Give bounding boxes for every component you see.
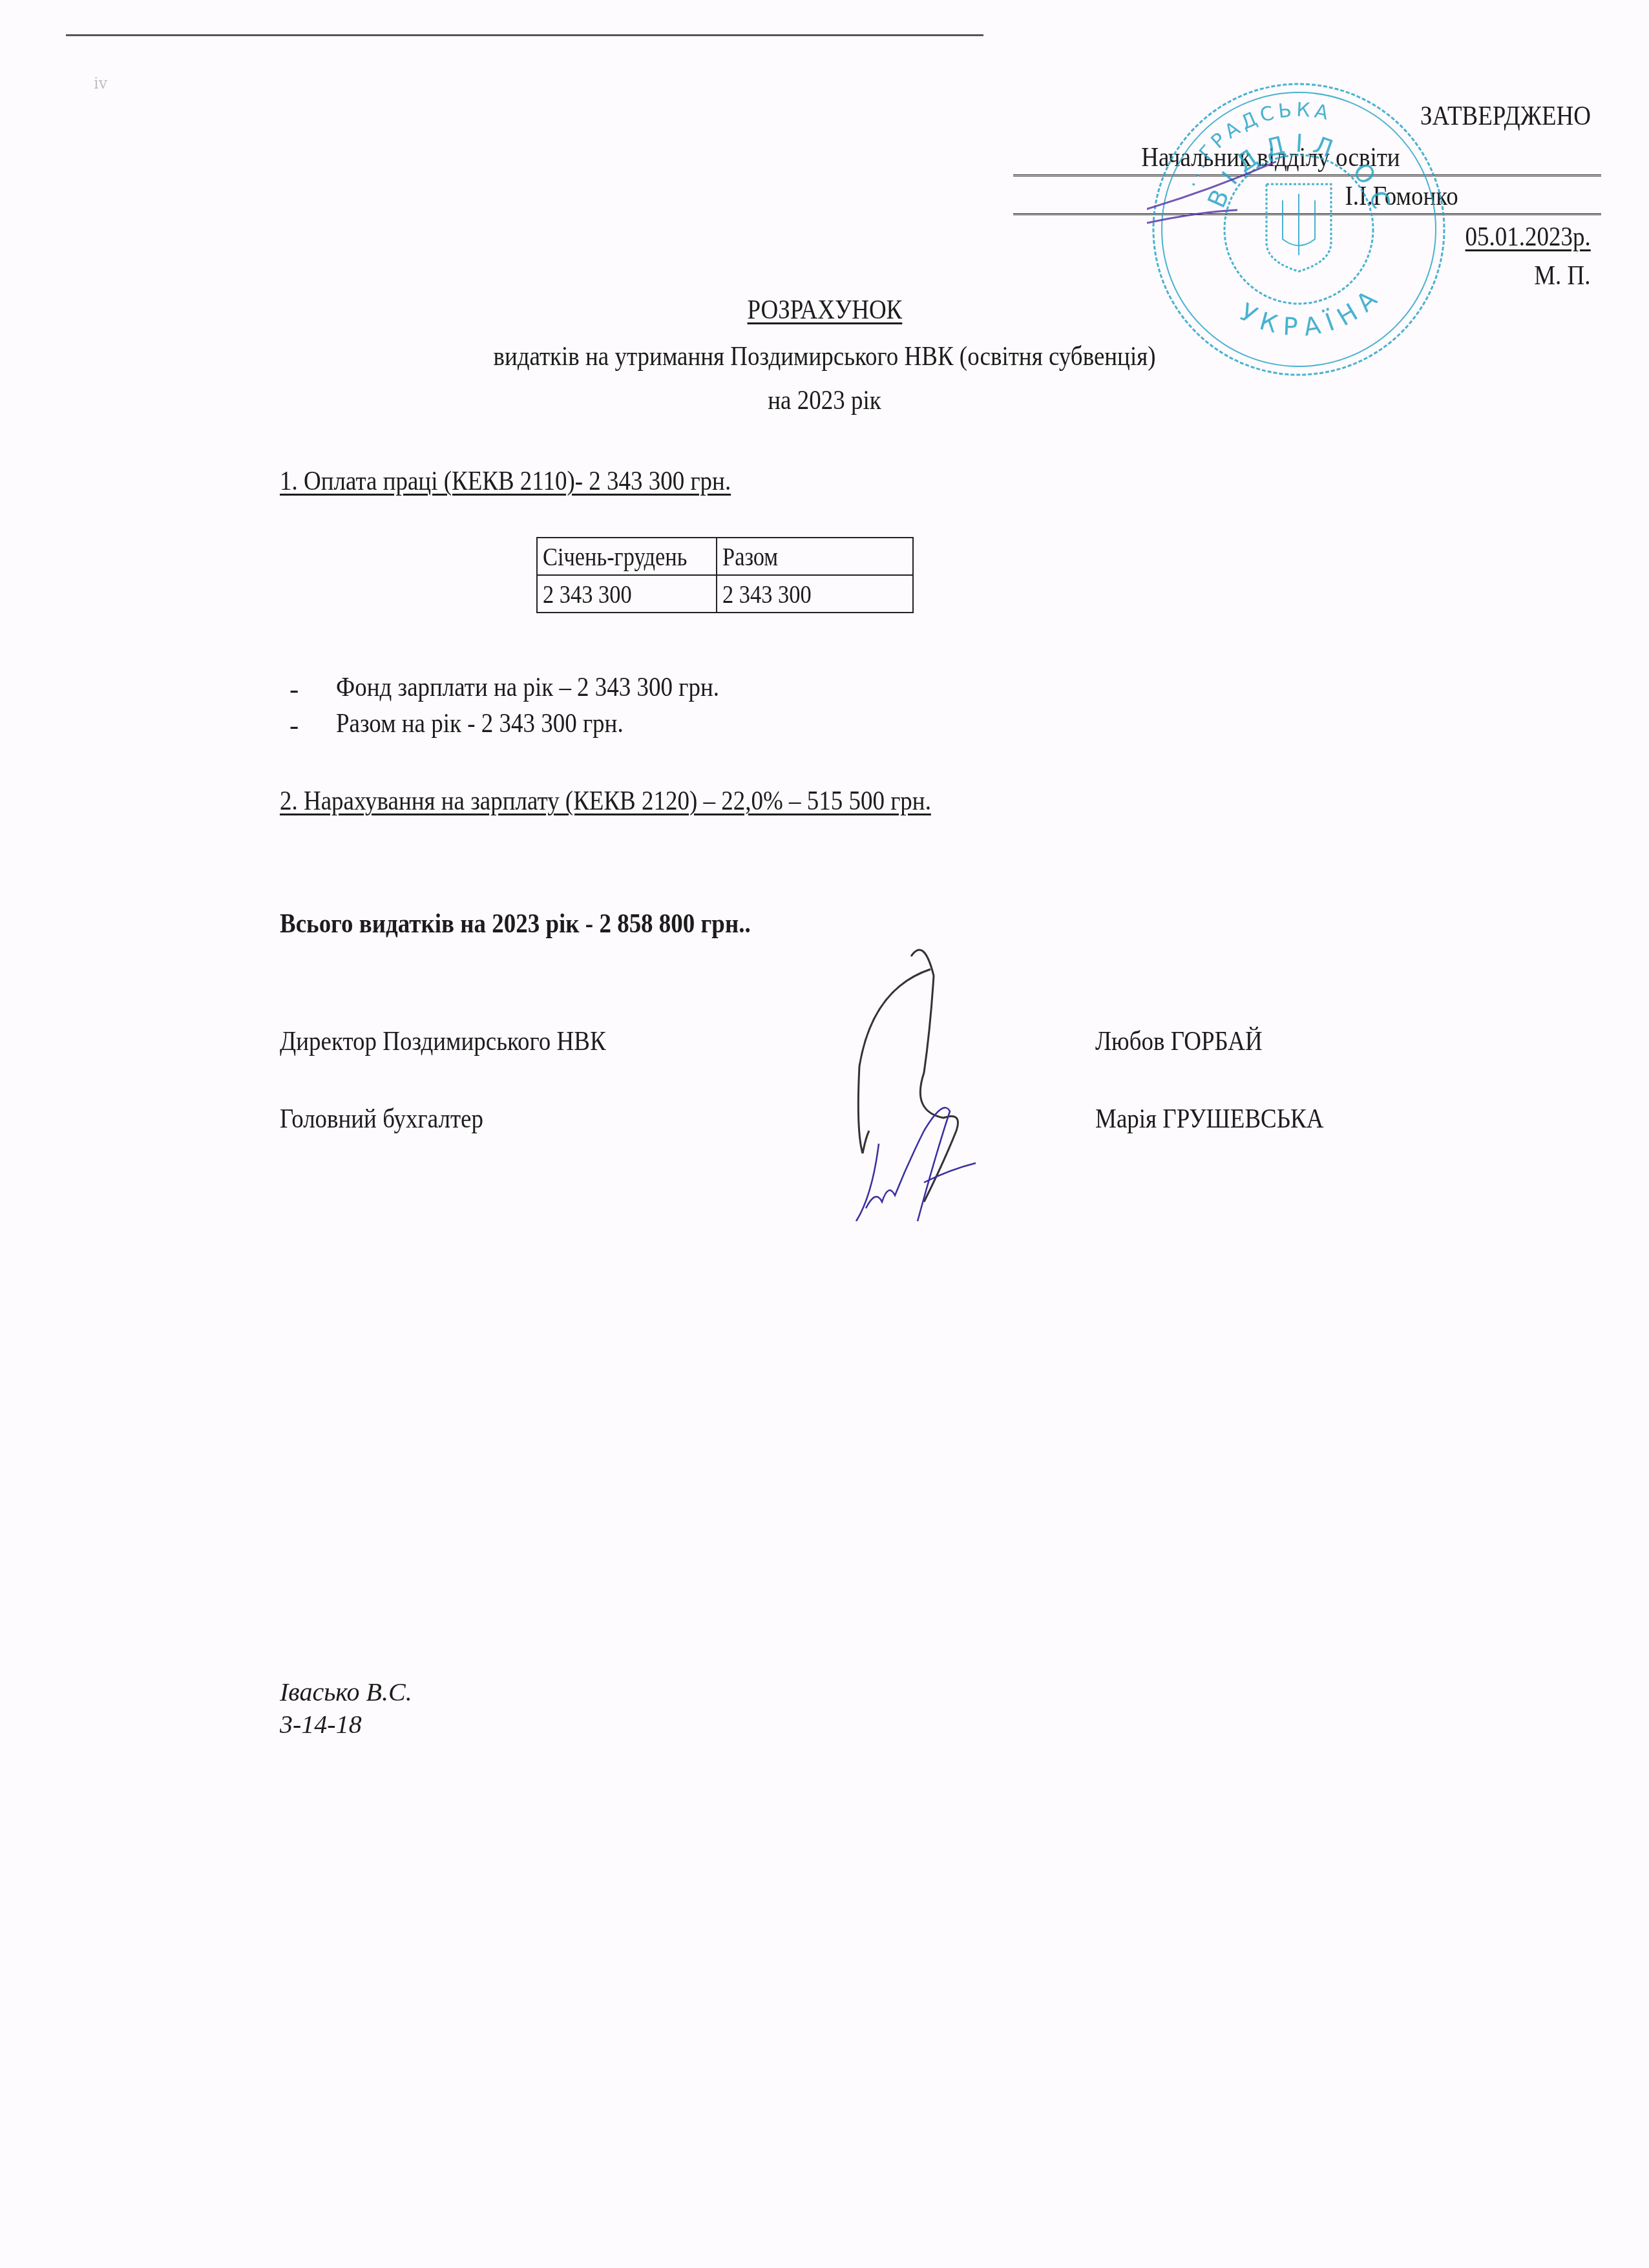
document-period-wrap: на 2023 рік <box>0 386 1649 414</box>
executor-name: Івасько В.С. <box>280 1677 412 1707</box>
table-header-cell: Січень-грудень <box>537 538 717 575</box>
scan-artifact: ⅳ <box>94 74 123 103</box>
document-title-wrap: РОЗРАХУНОК <box>0 296 1649 324</box>
section1-heading: 1. Оплата праці (КЕКВ 2110)- 2 343 300 г… <box>280 467 731 495</box>
signature-name-director: Любов ГОРБАЙ <box>1095 1027 1263 1055</box>
approval-seal-mark: М. П. <box>1535 262 1591 289</box>
bullet-item: Фонд зарплати на рік – 2 343 300 грн. <box>336 673 719 701</box>
svg-text:ВІДДІЛ ОСВІТИ: ВІДДІЛ ОСВІТИ <box>1147 78 1398 221</box>
executor-phone: 3-14-18 <box>280 1709 362 1739</box>
approval-date: 05.01.2023р. <box>1465 223 1591 251</box>
bullet-item: Разом на рік - 2 343 300 грн. <box>336 709 624 737</box>
document-subtitle-wrap: видатків на утримання Поздимирського НВК… <box>0 342 1649 370</box>
signature-role-director: Директор Поздимирського НВК <box>280 1027 606 1055</box>
table-header-row: Січень-грудень Разом <box>537 538 913 575</box>
document-title: РОЗРАХУНОК <box>747 296 902 324</box>
scan-top-rule <box>66 34 983 36</box>
document-subtitle: видатків на утримання Поздимирського НВК… <box>493 342 1155 370</box>
handwritten-signatures <box>795 937 1066 1221</box>
signature-name-accountant: Марія ГРУШЕВСЬКА <box>1095 1105 1323 1133</box>
bullet-dash-icon: - <box>289 673 299 705</box>
table-cell: 2 343 300 <box>537 575 717 613</box>
table-header-cell: Разом <box>717 538 913 575</box>
total-expenses: Всього видатків на 2023 рік - 2 858 800 … <box>280 910 751 938</box>
document-period: на 2023 рік <box>768 386 881 414</box>
payroll-table: Січень-грудень Разом 2 343 300 2 343 300 <box>536 537 914 613</box>
section2-heading: 2. Нарахування на зарплату (КЕКВ 2120) –… <box>280 787 931 815</box>
table-cell: 2 343 300 <box>717 575 913 613</box>
table-row: 2 343 300 2 343 300 <box>537 575 913 613</box>
signature-role-accountant: Головний бухгалтер <box>280 1105 483 1133</box>
official-stamp: ...ГРАДСЬКА ВІДДІЛ ОСВІТИ УКРАЇНА <box>1147 78 1451 381</box>
bullet-dash-icon: - <box>289 709 299 741</box>
